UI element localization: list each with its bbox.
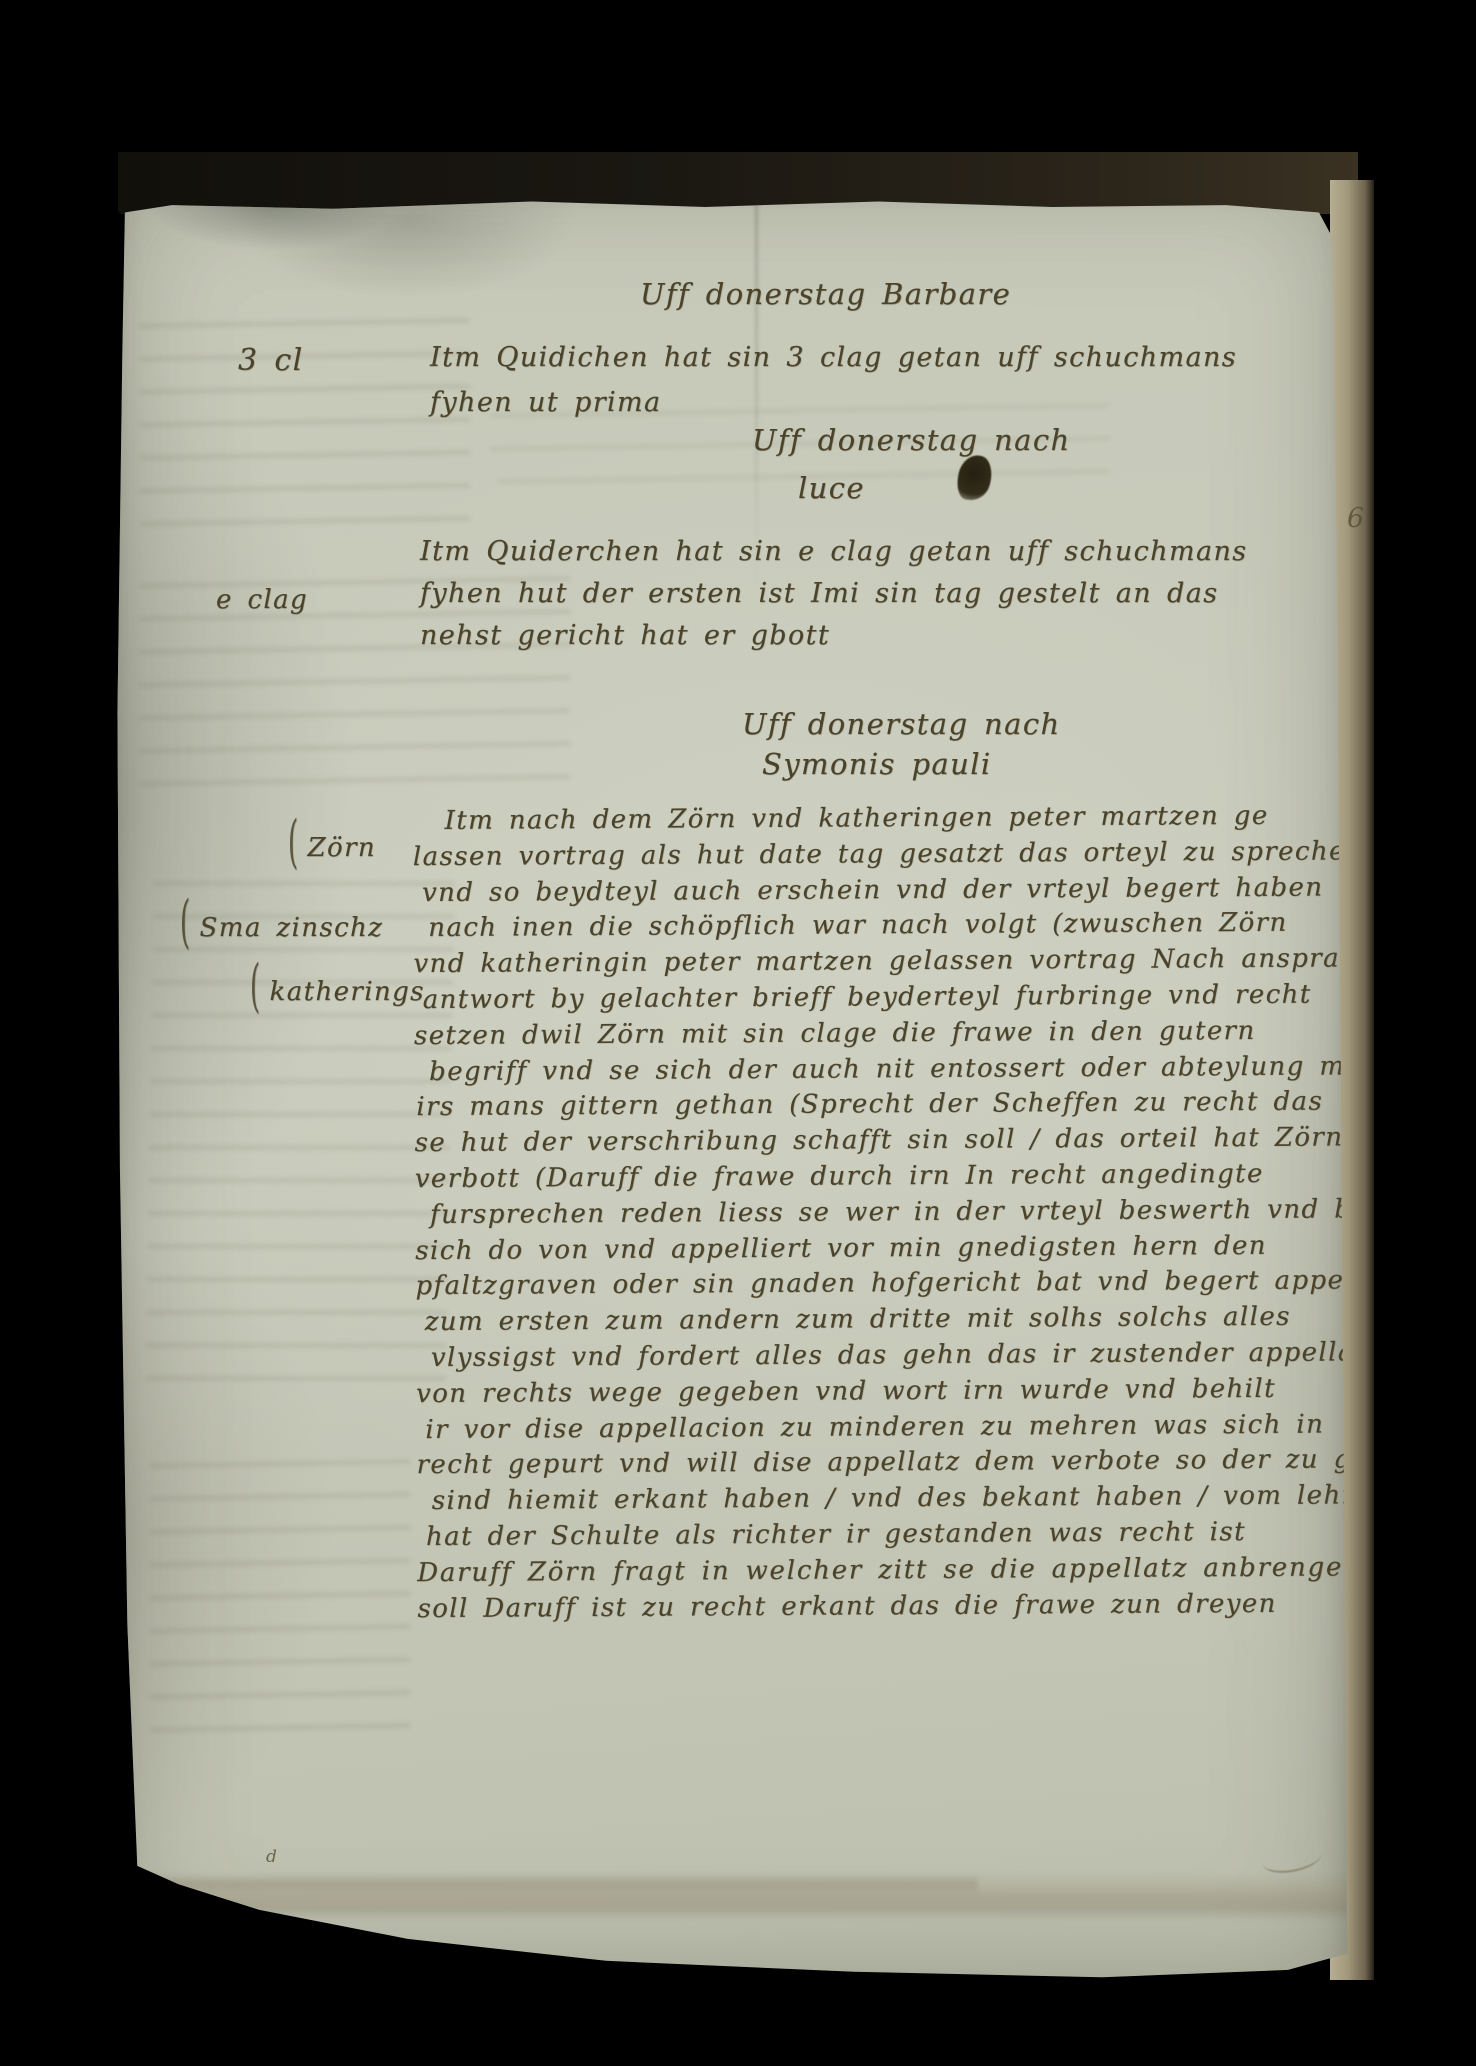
manuscript-line: nach inen die schöpflich war nach volgt … <box>413 905 1430 947</box>
water-stain <box>110 1874 978 1894</box>
manuscript-line: irs mans gittern gethan (Sprecht der Sch… <box>414 1084 1431 1126</box>
verso-bleedthrough <box>150 1445 410 1745</box>
manuscript-line: hat der Schulte als richter ir gestanden… <box>417 1514 1434 1556</box>
entry-heading-pauli-1: Uff donerstag nach <box>742 707 1061 741</box>
manuscript-line: recht gepurt vnd will dise appellatz dem… <box>416 1442 1433 1484</box>
manuscript-line: fursprechen reden liess se wer in der vr… <box>415 1192 1432 1234</box>
manuscript-line: Itm nach dem Zörn vnd katheringen peter … <box>412 798 1429 840</box>
bottom-margin-mark: d <box>266 1847 277 1867</box>
manuscript-line: fyhen hut der ersten ist Imi sin tag ges… <box>420 573 1248 615</box>
manuscript-page: Uff donerstag Barbare 3 cl Itm Quidichen… <box>110 165 1350 1990</box>
entry-heading-barbare: Uff donerstag Barbare <box>640 277 1011 311</box>
manuscript-line: pfaltzgraven oder sin gnaden hofgericht … <box>415 1263 1432 1305</box>
brace-flourish-icon: ( <box>250 955 262 1021</box>
margin-note-katherings: (katherings <box>250 977 425 1007</box>
manuscript-line: begriff vnd se sich der auch nit entosse… <box>414 1048 1431 1090</box>
entry-heading-luce-1: Uff donerstag nach <box>752 423 1071 457</box>
manuscript-line: von rechts wege gegeben vnd wort irn wur… <box>416 1371 1433 1413</box>
manuscript-line: vlyssigst vnd fordert alles das gehn das… <box>416 1335 1433 1377</box>
entry-luce-text: Itm Quiderchen hat sin e clag getan uff … <box>420 531 1248 657</box>
entry-barbare-text: Itm Quidichen hat sin 3 clag getan uff s… <box>430 335 1237 425</box>
next-page-edge-letter: 6 <box>1347 503 1364 534</box>
manuscript-line: lassen vortrag als hut date tag gesatzt … <box>413 834 1430 876</box>
manuscript-line: antwort by gelachter brieff beyderteyl f… <box>414 977 1431 1019</box>
manuscript-line: Itm Quidichen hat sin 3 clag getan uff s… <box>430 335 1237 380</box>
book-block-top-edge <box>118 152 1358 214</box>
manuscript-line: vnd so beydteyl auch erschein vnd der vr… <box>413 869 1430 911</box>
manuscript-line: fyhen ut prima <box>430 380 1237 425</box>
page-corner-curl <box>1261 1841 1324 1875</box>
entry-pauli-text: Itm nach dem Zörn vnd katheringen peter … <box>412 798 1433 1628</box>
manuscript-line: verbott (Daruff die frawe durch irn In r… <box>415 1156 1432 1198</box>
manuscript-line: nehst gericht hat er gbott <box>420 615 1248 657</box>
manuscript-line: se hut der verschribung schafft sin soll… <box>414 1120 1431 1162</box>
margin-note-zorn: (Zörn <box>288 833 376 863</box>
manuscript-line: setzen dwil Zörn mit sin clage die frawe… <box>414 1013 1431 1055</box>
margin-note-e-clag: e clag <box>216 585 308 615</box>
brace-flourish-icon: ( <box>180 891 192 957</box>
manuscript-line: Daruff Zörn fragt in welcher zitt se die… <box>417 1550 1434 1592</box>
entry-heading-pauli-2: Symonis pauli <box>762 747 992 781</box>
manuscript-line: soll Daruff ist zu recht erkant das die … <box>417 1585 1434 1627</box>
manuscript-line: vnd katheringin peter martzen gelassen v… <box>413 941 1430 983</box>
entry-heading-luce-2: luce <box>798 471 865 505</box>
margin-note-3-clag: 3 cl <box>238 343 304 378</box>
verso-bleedthrough <box>140 305 470 535</box>
margin-note-sma-zinschz: (Sma zinschz <box>180 913 383 943</box>
brace-flourish-icon: ( <box>288 811 300 877</box>
manuscript-line: sind hiemit erkant haben / vnd des bekan… <box>417 1478 1434 1520</box>
manuscript-line: Itm Quiderchen hat sin e clag getan uff … <box>420 531 1248 573</box>
manuscript-line: zum ersten zum andern zum dritte mit sol… <box>416 1299 1433 1341</box>
photo-background: Uff donerstag Barbare 3 cl Itm Quidichen… <box>0 0 1476 2066</box>
manuscript-line: ir vor dise appellacion zu minderen zu m… <box>416 1406 1433 1448</box>
manuscript-line: sich do von vnd appelliert vor min gnedi… <box>415 1227 1432 1269</box>
